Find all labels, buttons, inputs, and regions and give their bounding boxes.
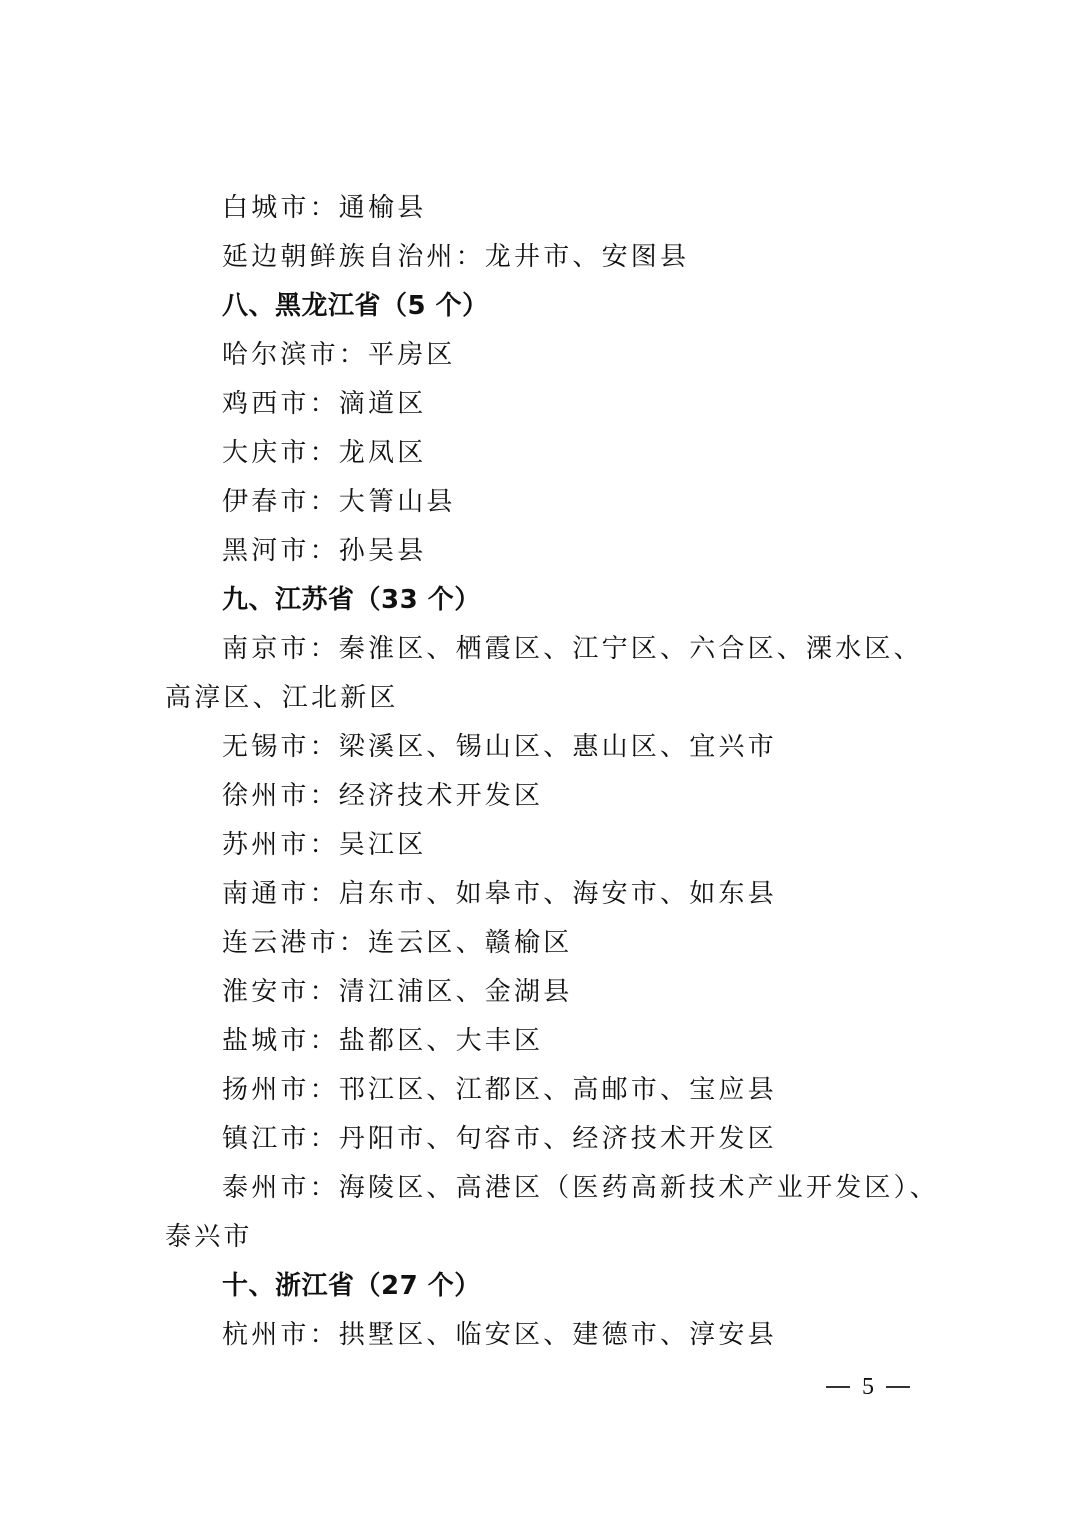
list-item-suzhou: 苏州市：吴江区 [165,821,925,870]
list-item-xuzhou: 徐州市：经济技术开发区 [165,772,925,821]
list-item-harbin: 哈尔滨市：平房区 [165,331,925,380]
list-item-yichun: 伊春市：大箐山县 [165,478,925,527]
list-item-yangzhou: 扬州市：邗江区、江都区、高邮市、宝应县 [165,1066,925,1115]
list-item-nanjing: 南京市：秦淮区、栖霞区、江宁区、六合区、溧水区、 [165,625,925,674]
right-dash-decoration [886,1386,910,1388]
list-item-hangzhou: 杭州市：拱墅区、临安区、建德市、淳安县 [165,1311,925,1360]
page-number-footer: 5 [826,1370,910,1404]
left-dash-decoration [826,1386,850,1388]
page-number: 5 [862,1370,874,1404]
list-item-jixi: 鸡西市：滴道区 [165,380,925,429]
list-item-taizhou-continued: 泰兴市 [165,1213,925,1262]
document-page: 白城市：通榆县 延边朝鲜族自治州：龙井市、安图县 八、黑龙江省（5 个） 哈尔滨… [0,0,1080,1527]
section-heading-jiangsu: 九、江苏省（33 个） [165,576,925,625]
list-item-zhenjiang: 镇江市：丹阳市、句容市、经济技术开发区 [165,1115,925,1164]
list-item-huaian: 淮安市：清江浦区、金湖县 [165,968,925,1017]
list-item-wuxi: 无锡市：梁溪区、锡山区、惠山区、宜兴市 [165,723,925,772]
list-item-nanjing-continued: 高淳区、江北新区 [165,674,925,723]
list-item-lianyungang: 连云港市：连云区、赣榆区 [165,919,925,968]
list-item-daqing: 大庆市：龙凤区 [165,429,925,478]
document-body: 白城市：通榆县 延边朝鲜族自治州：龙井市、安图县 八、黑龙江省（5 个） 哈尔滨… [165,184,925,1360]
section-heading-heilongjiang: 八、黑龙江省（5 个） [165,282,925,331]
list-item-yanbian: 延边朝鲜族自治州：龙井市、安图县 [165,233,925,282]
section-heading-zhejiang: 十、浙江省（27 个） [165,1262,925,1311]
list-item-nantong: 南通市：启东市、如皋市、海安市、如东县 [165,870,925,919]
list-item-baicheng: 白城市：通榆县 [165,184,925,233]
list-item-yancheng: 盐城市：盐都区、大丰区 [165,1017,925,1066]
list-item-heihe: 黑河市：孙吴县 [165,527,925,576]
list-item-taizhou: 泰州市：海陵区、高港区（医药高新技术产业开发区）、 [165,1164,925,1213]
